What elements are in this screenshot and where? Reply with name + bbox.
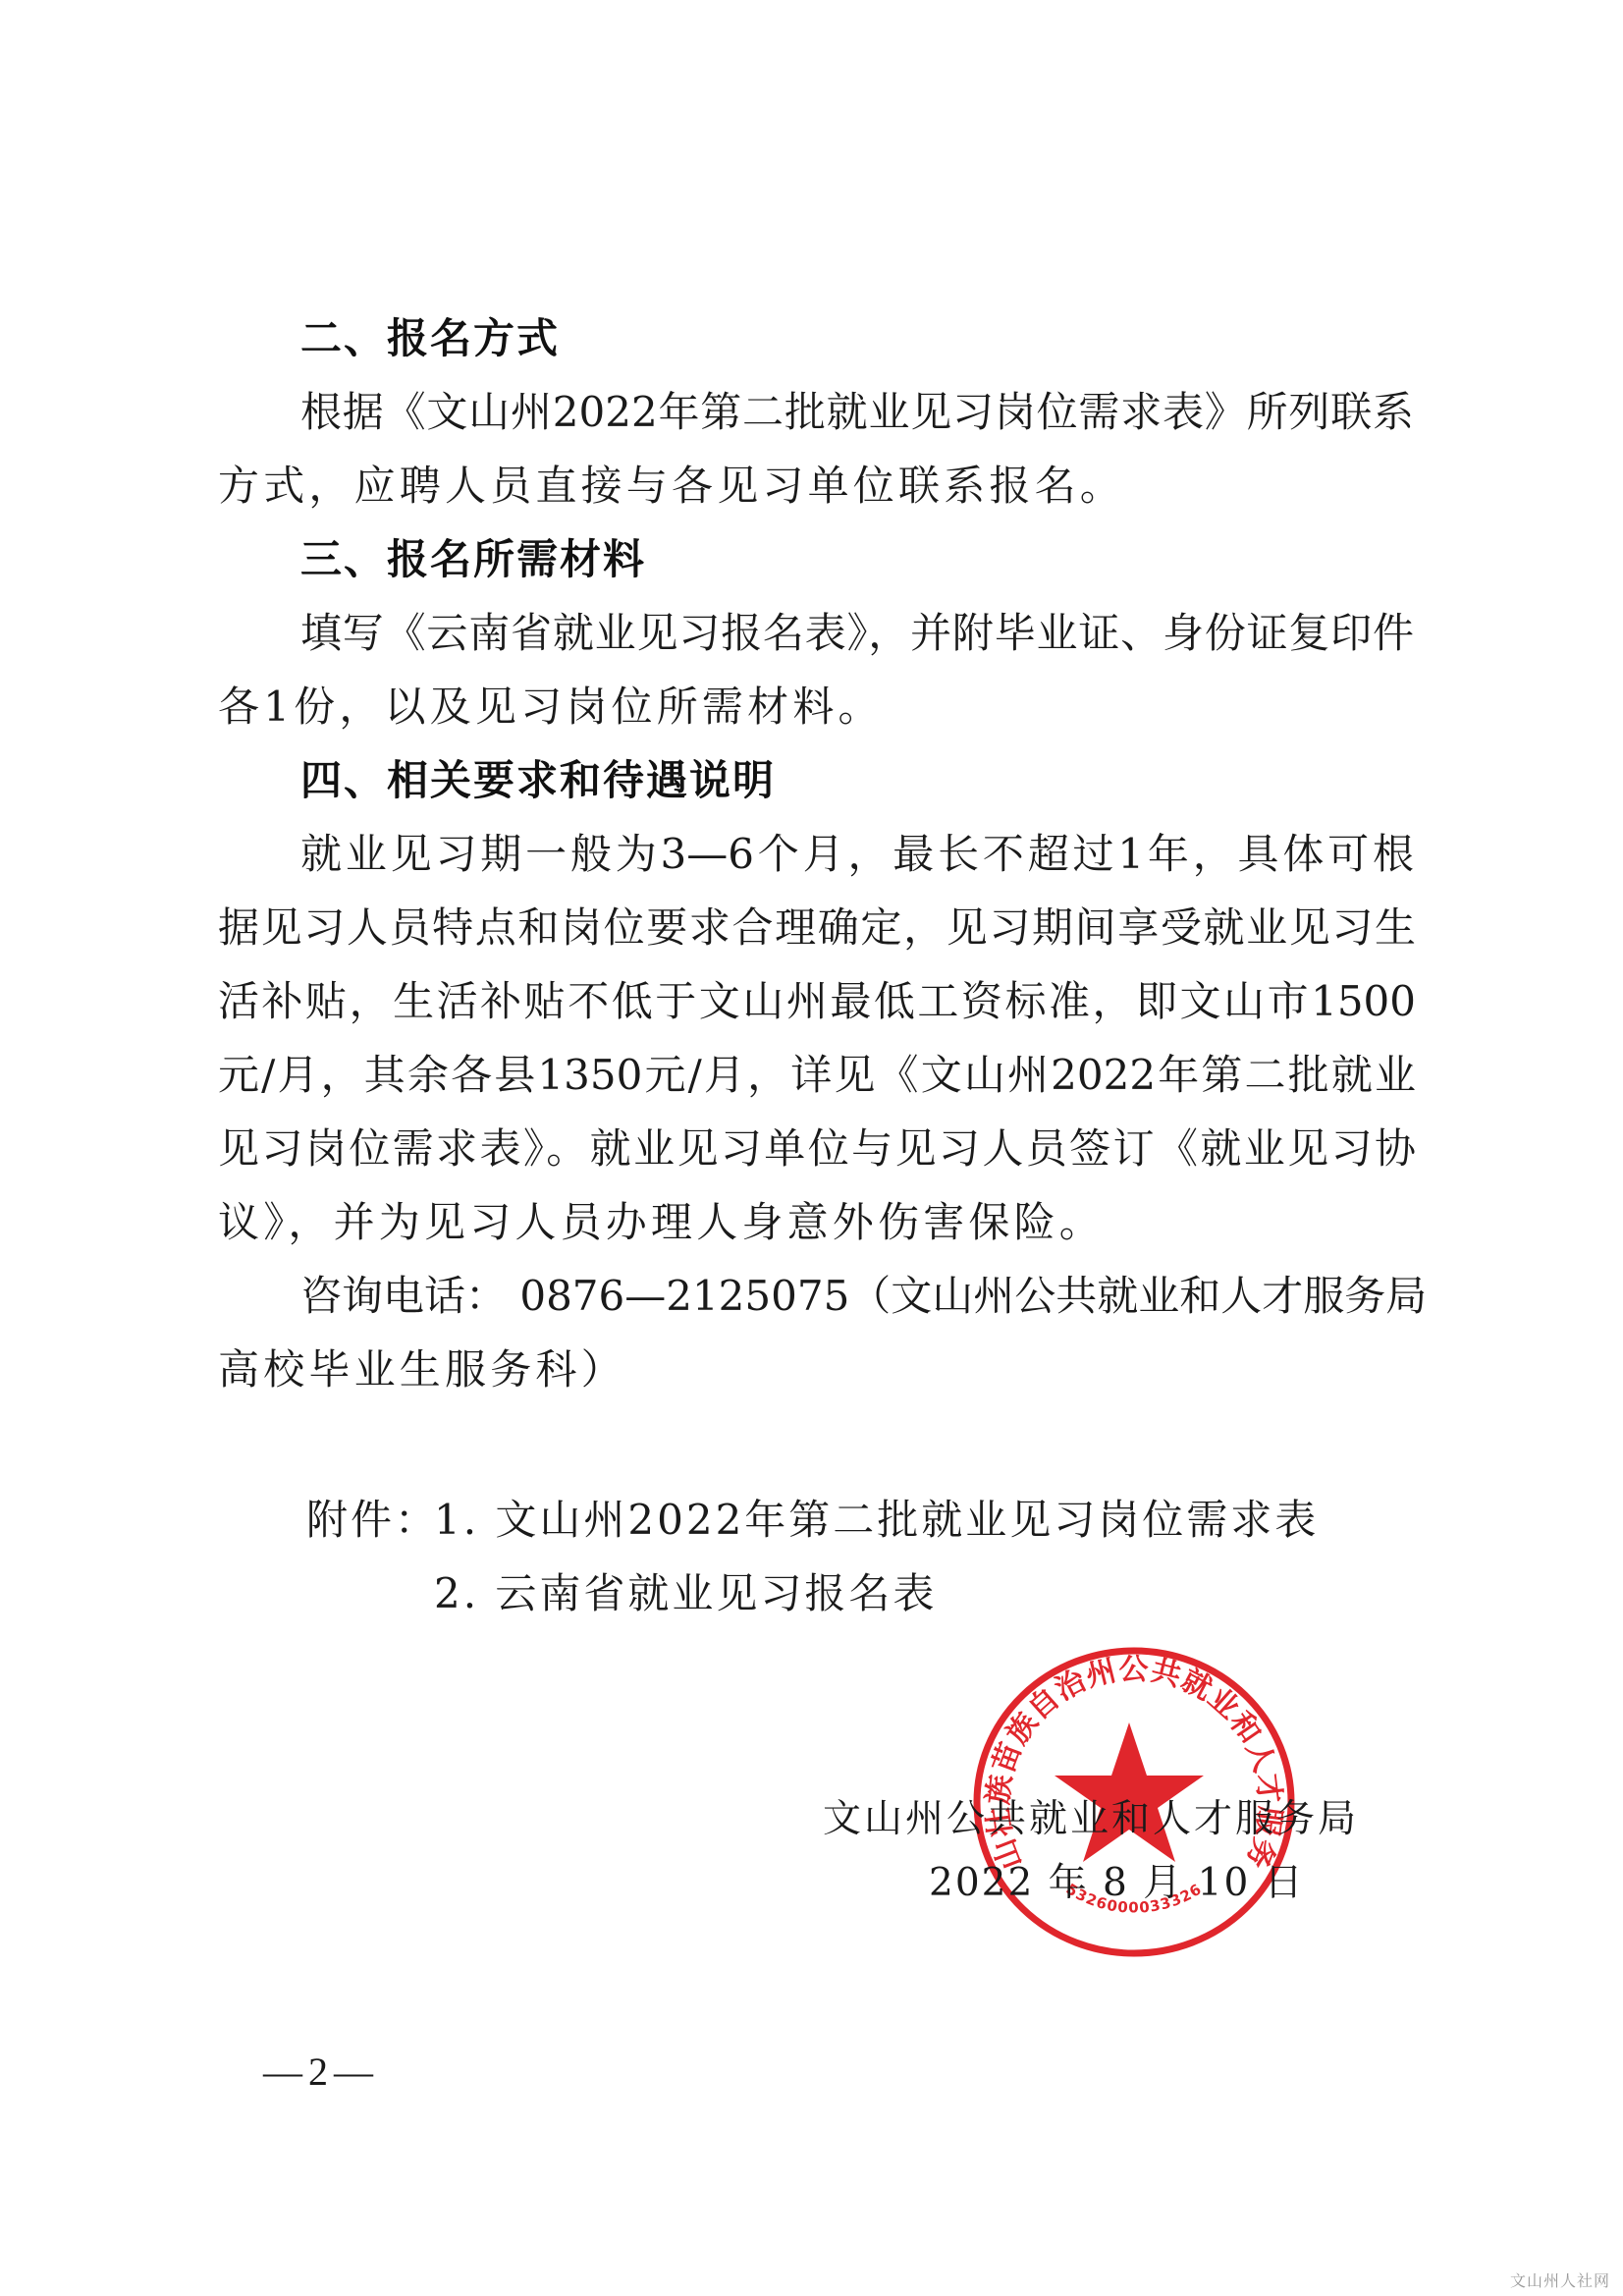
paragraph-line: 根据《文山州2022年第二批就业见习岗位需求表》所列联系	[300, 388, 1414, 437]
page-number: —2—	[263, 2050, 379, 2094]
paragraph-line: 填写《云南省就业见习报名表》，并附毕业证、身份证复印件	[300, 609, 1414, 658]
site-watermark: 文山州人社网	[1510, 2269, 1610, 2291]
paragraph-line: 活补贴，生活补贴不低于文山州最低工资标准，即文山市1500	[218, 977, 1416, 1026]
attachments-label: 附件：	[306, 1496, 439, 1545]
attachment-item-2: 2. 云南省就业见习报名表	[434, 1569, 937, 1618]
attachment-item-1: 1. 文山州2022年第二批就业见习岗位需求表	[434, 1496, 1319, 1545]
paragraph-line: 元/月，其余各县1350元/月，详见《文山州2022年第二批就业	[218, 1051, 1416, 1100]
issuing-organization: 文山州公共就业和人才服务局	[823, 1795, 1359, 1844]
paragraph-line: 据见习人员特点和岗位要求合理确定，见习期间享受就业见习生	[218, 903, 1416, 953]
contact-phone-line: 咨询电话： 0876—2125075（文山州公共就业和人才服务局	[300, 1272, 1414, 1321]
paragraph-line: 就业见习期一般为3—6个月，最长不超过1年，具体可根	[300, 830, 1414, 879]
contact-department-line: 高校毕业生服务科）	[218, 1345, 626, 1394]
paragraph-line: 议》，并为见习人员办理人身意外伤害保险。	[218, 1198, 1105, 1247]
paragraph-line: 各1份，以及见习岗位所需材料。	[218, 683, 884, 732]
section-heading-registration-method: 二、报名方式	[300, 314, 560, 363]
issue-date: 2022 年 8 月 10 日	[929, 1859, 1305, 1908]
section-heading-required-materials: 三、报名所需材料	[300, 535, 646, 584]
paragraph-line: 方式，应聘人员直接与各见习单位联系报名。	[218, 462, 1125, 511]
paragraph-line: 见习岗位需求表》。就业见习单位与见习人员签订《就业见习协	[218, 1124, 1416, 1174]
section-heading-requirements-benefits: 四、相关要求和待遇说明	[300, 756, 776, 805]
